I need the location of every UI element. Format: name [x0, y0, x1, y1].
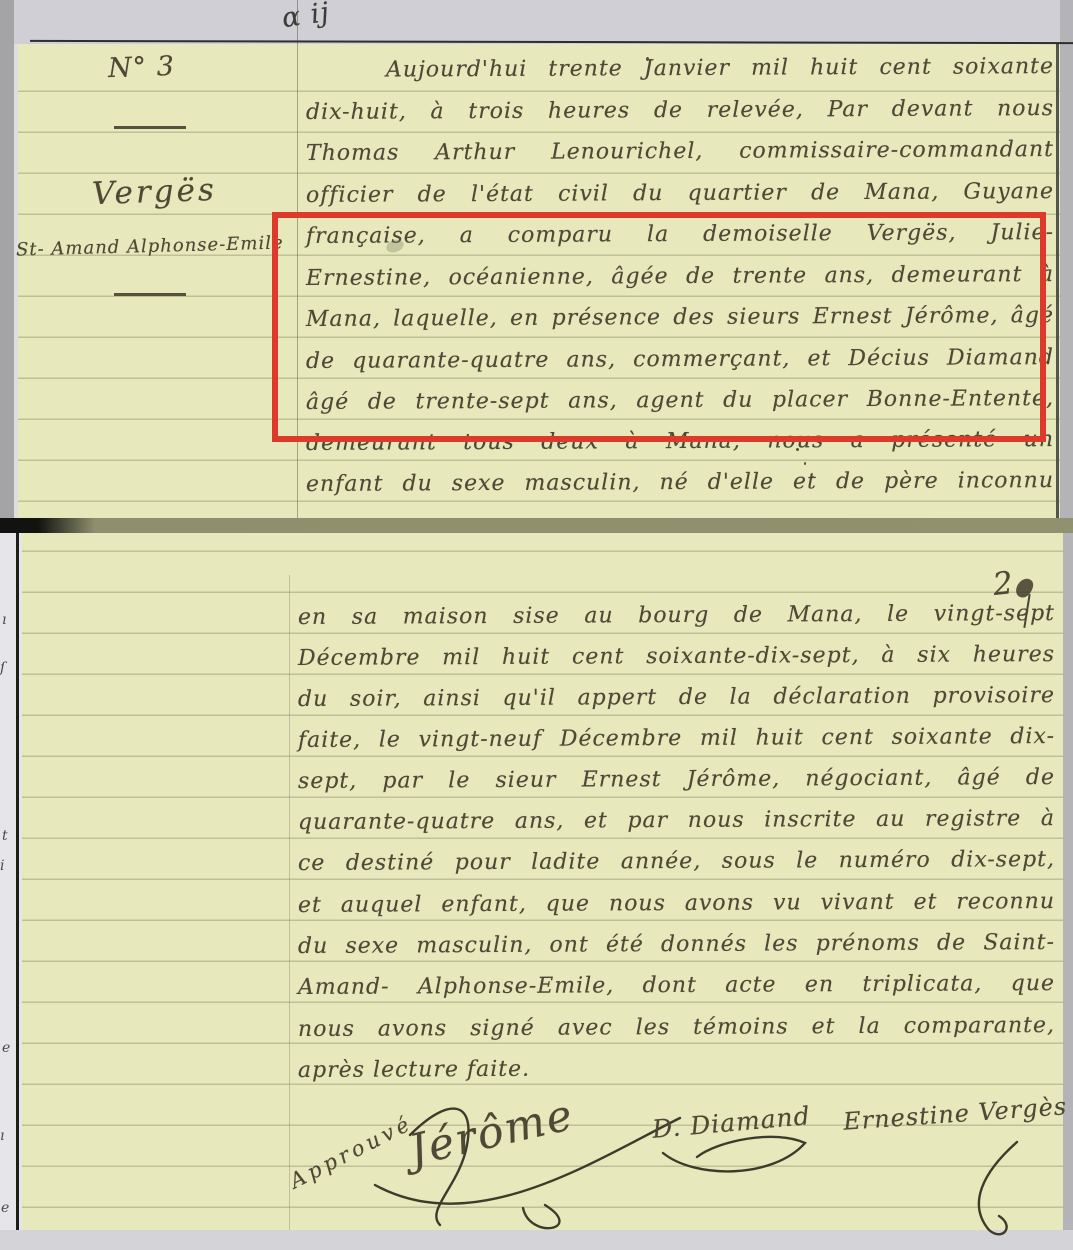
dust-speck	[812, 476, 814, 478]
edge-writing-fragment: e	[2, 1040, 10, 1056]
edge-writing-fragment: e	[1, 1200, 9, 1216]
act-line: et auquel enfant, que nous avons vu viva…	[298, 889, 1055, 923]
act-line: en sa maison sise au bourg de Mana, le v…	[298, 601, 1055, 635]
edge-writing-fragment: ı	[2, 612, 6, 628]
page-fold-line	[1056, 44, 1059, 518]
paper-edge-sliver	[14, 44, 18, 518]
signature-verges-flourish	[955, 1138, 1030, 1243]
page-gap	[0, 518, 1073, 533]
act-line: enfant du sexe masculin, né d'elle et de…	[306, 468, 1054, 502]
signature-diamand-flourish	[655, 1135, 815, 1180]
act-line: quarante-quatre ans, et par nous inscrit…	[298, 806, 1055, 840]
act-line: ce destiné pour ladite année, sous le nu…	[298, 847, 1055, 881]
page-fold-line-bottom	[16, 533, 19, 1250]
edge-writing-fragment: ſ	[0, 660, 5, 676]
margin-rule-page2	[289, 575, 290, 1230]
act-line: officier de l'état civil du quartier de …	[306, 179, 1054, 213]
edge-writing-fragment: i	[0, 858, 4, 874]
act-line: après lecture faite.	[298, 1054, 1055, 1088]
dust-speck	[796, 448, 799, 451]
margin-divider-1	[114, 126, 186, 129]
signature-jerome-flourish	[355, 1090, 685, 1230]
act-line: Thomas Arthur Lenourichel, commissaire-c…	[306, 137, 1054, 171]
margin-divider-2	[114, 293, 186, 296]
act-line: du sexe masculin, ont été donnés les pré…	[298, 930, 1055, 964]
dust-speck	[804, 462, 806, 465]
scan-background-top	[0, 0, 1073, 44]
paper-edge-left-top	[0, 0, 14, 518]
margin-surname: Vergës	[91, 172, 217, 212]
act-line: du soir, ainsi qu'il appert de la déclar…	[298, 683, 1055, 717]
act-line: faite, le vingt-neuf Décembre mil huit c…	[298, 724, 1055, 758]
page-number: 2	[991, 565, 1015, 603]
edge-writing-fragment: t	[2, 828, 8, 844]
act-line: nous avons signé avec les témoins et la …	[298, 1013, 1055, 1047]
dust-speck	[646, 57, 649, 61]
paper-edge-right-top	[1060, 0, 1073, 518]
act-line: sept, par le sieur Ernest Jérôme, négoci…	[298, 765, 1055, 799]
edge-writing-fragment: ı	[0, 1128, 4, 1144]
act-line: Décembre mil huit cent soixante-dix-sept…	[298, 642, 1055, 676]
scan-background-bottom	[0, 1230, 1073, 1250]
act-line: dix-huit, à trois heures de relevée, Par…	[306, 96, 1054, 130]
margin-rule-extension	[297, 0, 298, 44]
act-line: Aujourd'hui trente Janvier mil huit cent…	[306, 54, 1054, 88]
paper-edge-right-bottom	[1063, 533, 1073, 1230]
act-line: Amand- Alphonse-Emile, dont acte en trip…	[298, 971, 1055, 1005]
act-number: N° 3	[107, 51, 175, 84]
